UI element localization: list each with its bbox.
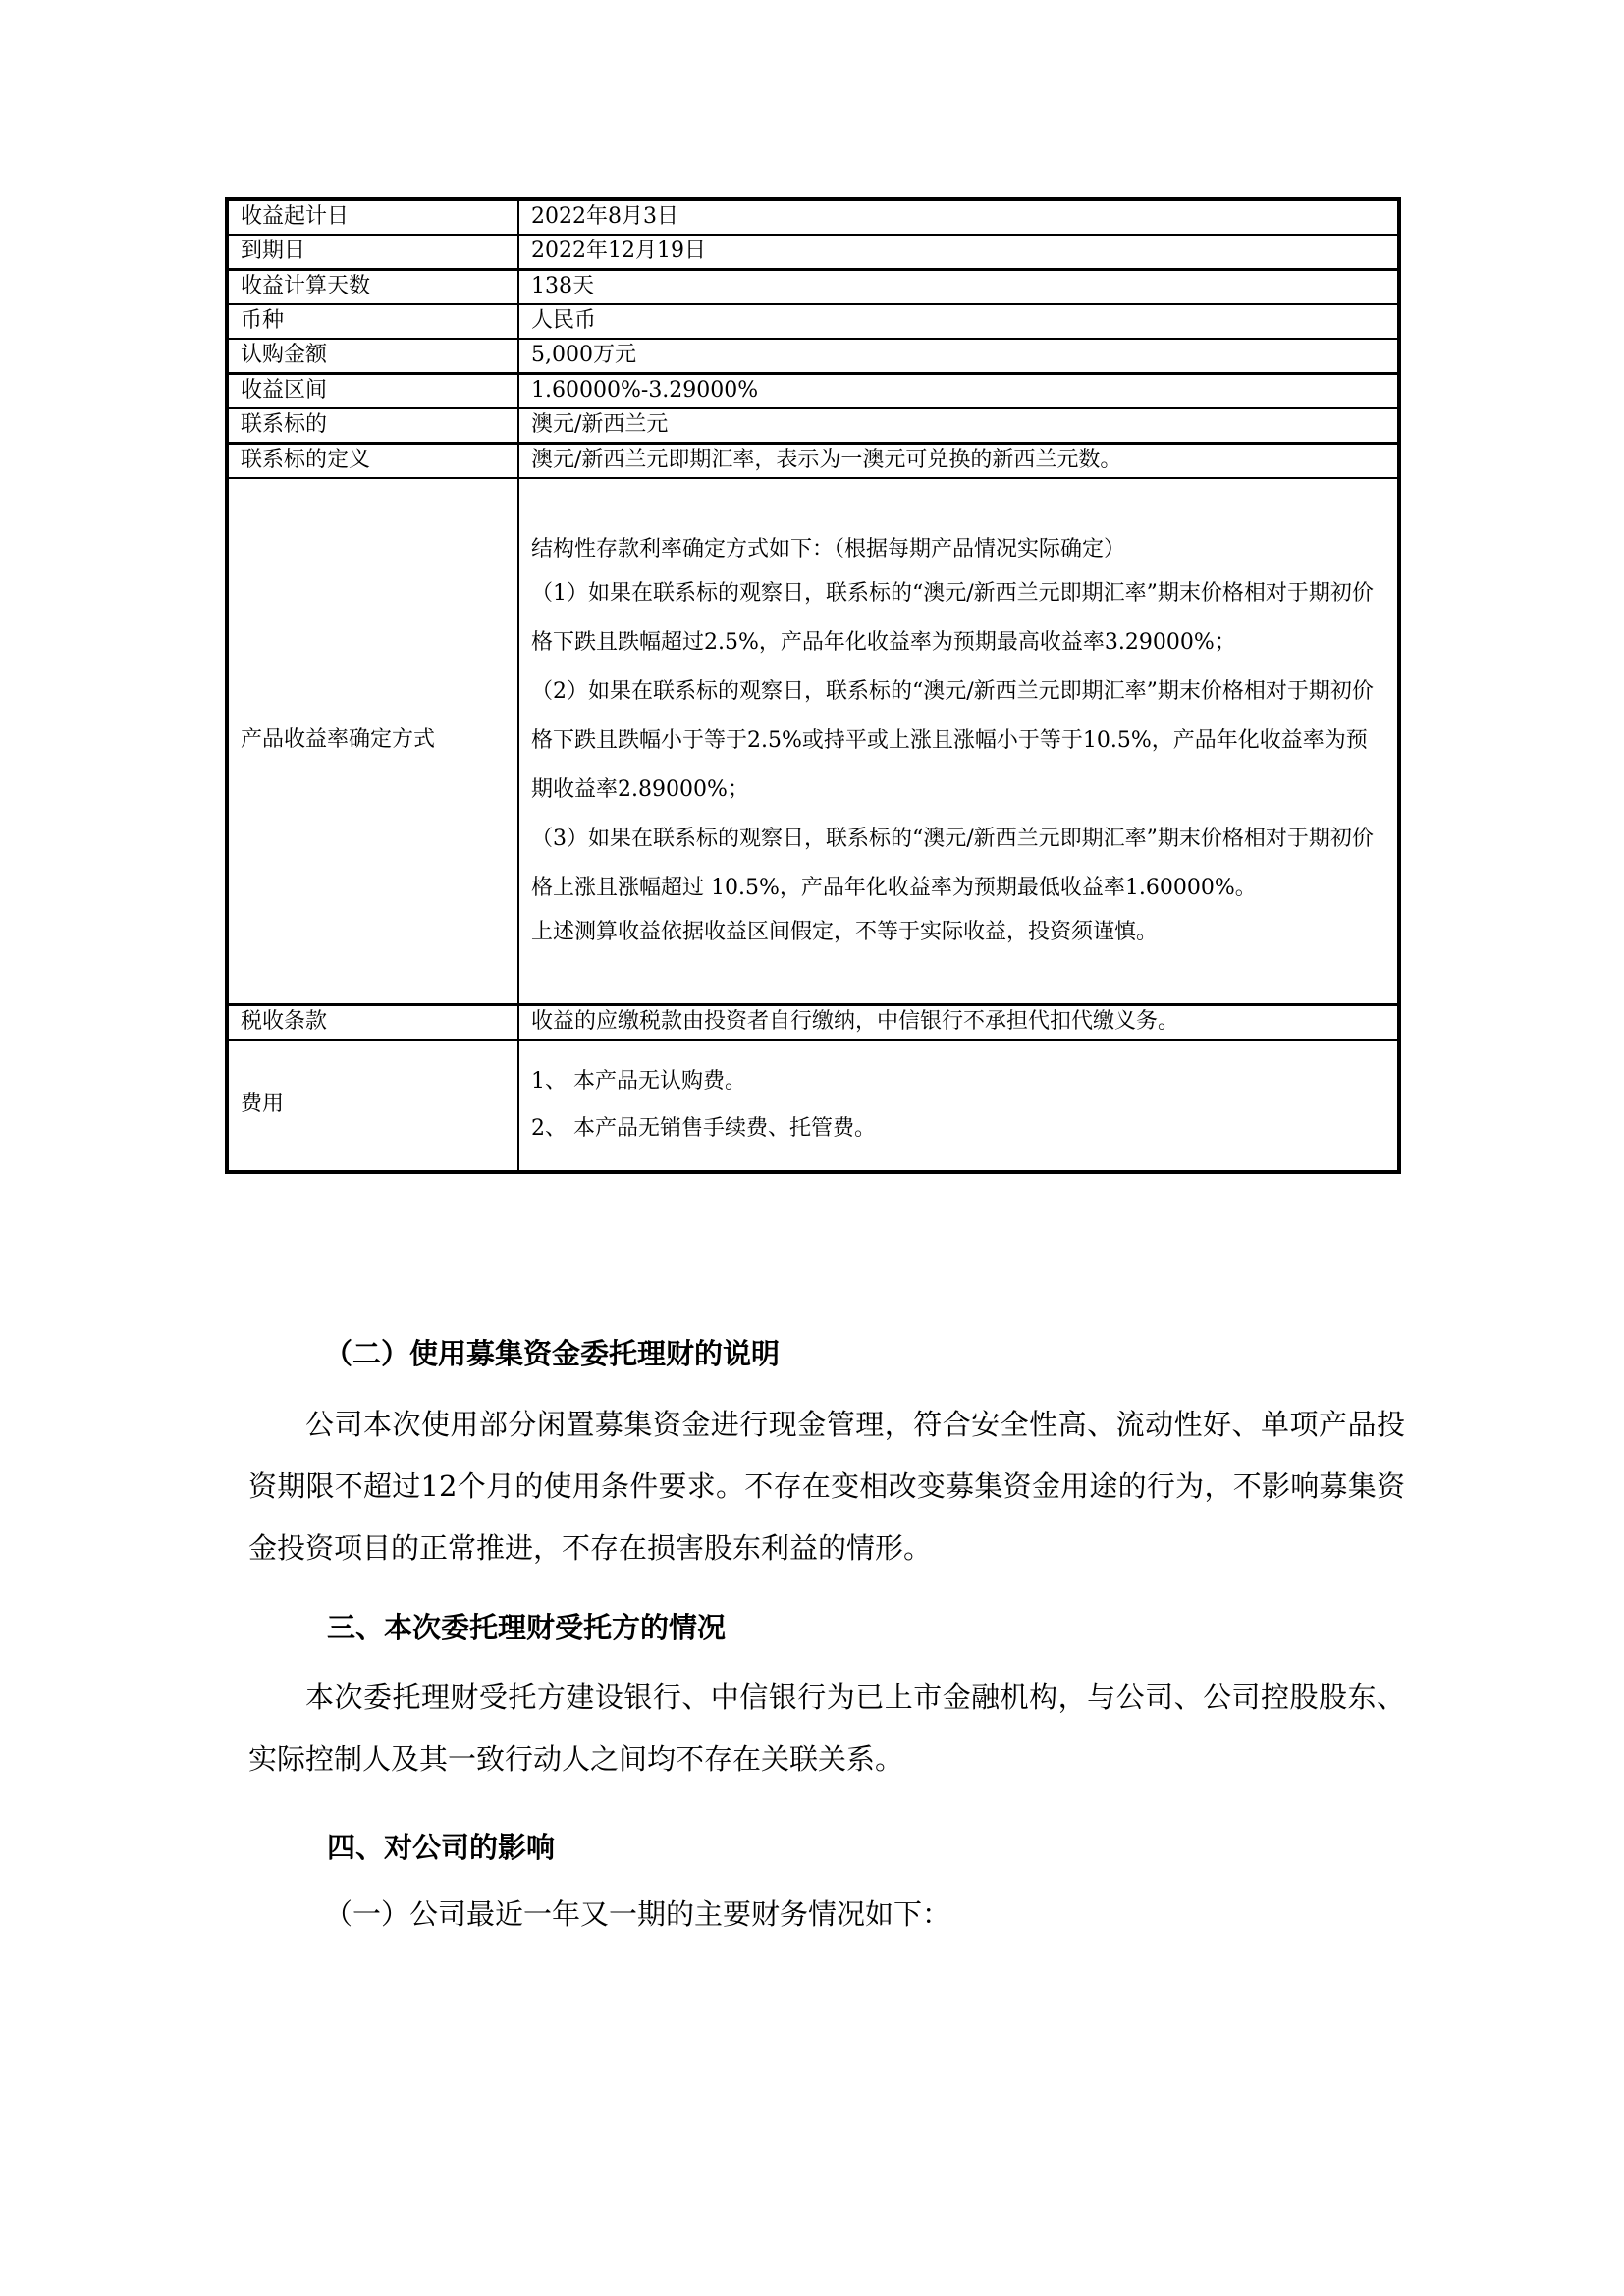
table-row: 收益起计日 2022年8月3日 — [227, 199, 1399, 235]
row-value: 人民币 — [518, 304, 1399, 339]
rate-method-intro: 结构性存款利率确定方式如下：（根据每期产品情况实际确定） — [531, 530, 1387, 569]
table-row: 联系标的定义 澳元/新西兰元即期汇率，表示为一澳元可兑换的新西兰元数。 — [227, 444, 1399, 479]
fees-content: 1、 本产品无认购费。 2、 本产品无销售手续费、托管费。 — [518, 1040, 1399, 1172]
row-label: 认购金额 — [227, 339, 518, 374]
row-label: 币种 — [227, 304, 518, 339]
table-row: 收益区间 1.60000%-3.29000% — [227, 374, 1399, 409]
table-row: 币种 人民币 — [227, 304, 1399, 339]
table-row: 认购金额 5,000万元 — [227, 339, 1399, 374]
row-value: 2022年12月19日 — [518, 235, 1399, 270]
table-row-fees: 费用 1、 本产品无认购费。 2、 本产品无销售手续费、托管费。 — [227, 1040, 1399, 1172]
product-info-table: 收益起计日 2022年8月3日 到期日 2022年12月19日 收益计算天数 1… — [225, 197, 1401, 1174]
rate-disclaimer: 上述测算收益依据收益区间假定，不等于实际收益，投资须谨慎。 — [531, 913, 1387, 952]
table-row: 到期日 2022年12月19日 — [227, 235, 1399, 270]
fee-item: 1、 本产品无认购费。 — [531, 1058, 1387, 1105]
row-label: 联系标的 — [227, 408, 518, 444]
table-row: 收益计算天数 138天 — [227, 270, 1399, 305]
section-heading-trustee: 三、本次委托理财受托方的情况 — [327, 1606, 726, 1646]
rate-case-2: （2）如果在联系标的观察日，联系标的“澳元/新西兰元即期汇率”期末价格相对于期初… — [531, 667, 1387, 815]
table-row-rate-method: 产品收益率确定方式 结构性存款利率确定方式如下：（根据每期产品情况实际确定） （… — [227, 478, 1399, 1004]
row-label: 收益计算天数 — [227, 270, 518, 305]
row-value: 收益的应缴税款由投资者自行缴纳，中信银行不承担代扣代缴义务。 — [518, 1004, 1399, 1040]
fee-item: 2、 本产品无销售手续费、托管费。 — [531, 1105, 1387, 1152]
row-value: 138天 — [518, 270, 1399, 305]
row-value: 5,000万元 — [518, 339, 1399, 374]
table-row-tax: 税收条款 收益的应缴税款由投资者自行缴纳，中信银行不承担代扣代缴义务。 — [227, 1004, 1399, 1040]
row-label: 到期日 — [227, 235, 518, 270]
row-value: 1.60000%-3.29000% — [518, 374, 1399, 409]
row-label: 税收条款 — [227, 1004, 518, 1040]
row-label: 联系标的定义 — [227, 444, 518, 479]
paragraph-fund-usage: 公司本次使用部分闲置募集资金进行现金管理，符合安全性高、流动性好、单项产品投资期… — [248, 1394, 1405, 1579]
paragraph-trustee: 本次委托理财受托方建设银行、中信银行为已上市金融机构，与公司、公司控股股东、实际… — [248, 1667, 1405, 1790]
document-page: 收益起计日 2022年8月3日 到期日 2022年12月19日 收益计算天数 1… — [0, 0, 1624, 2296]
row-label: 费用 — [227, 1040, 518, 1172]
section-heading-impact: 四、对公司的影响 — [327, 1826, 555, 1866]
rate-case-1: （1）如果在联系标的观察日，联系标的“澳元/新西兰元即期汇率”期末价格相对于期初… — [531, 569, 1387, 667]
row-label: 产品收益率确定方式 — [227, 478, 518, 1004]
row-label: 收益区间 — [227, 374, 518, 409]
rate-case-3: （3）如果在联系标的观察日，联系标的“澳元/新西兰元即期汇率”期末价格相对于期初… — [531, 815, 1387, 913]
rate-method-content: 结构性存款利率确定方式如下：（根据每期产品情况实际确定） （1）如果在联系标的观… — [518, 478, 1399, 1004]
row-value: 澳元/新西兰元 — [518, 408, 1399, 444]
row-label: 收益起计日 — [227, 199, 518, 235]
section-heading-fund-usage: （二）使用募集资金委托理财的说明 — [324, 1332, 780, 1372]
row-value: 澳元/新西兰元即期汇率，表示为一澳元可兑换的新西兰元数。 — [518, 444, 1399, 479]
row-value: 2022年8月3日 — [518, 199, 1399, 235]
subsection-financials: （一）公司最近一年又一期的主要财务情况如下： — [324, 1895, 1481, 1934]
table-row: 联系标的 澳元/新西兰元 — [227, 408, 1399, 444]
